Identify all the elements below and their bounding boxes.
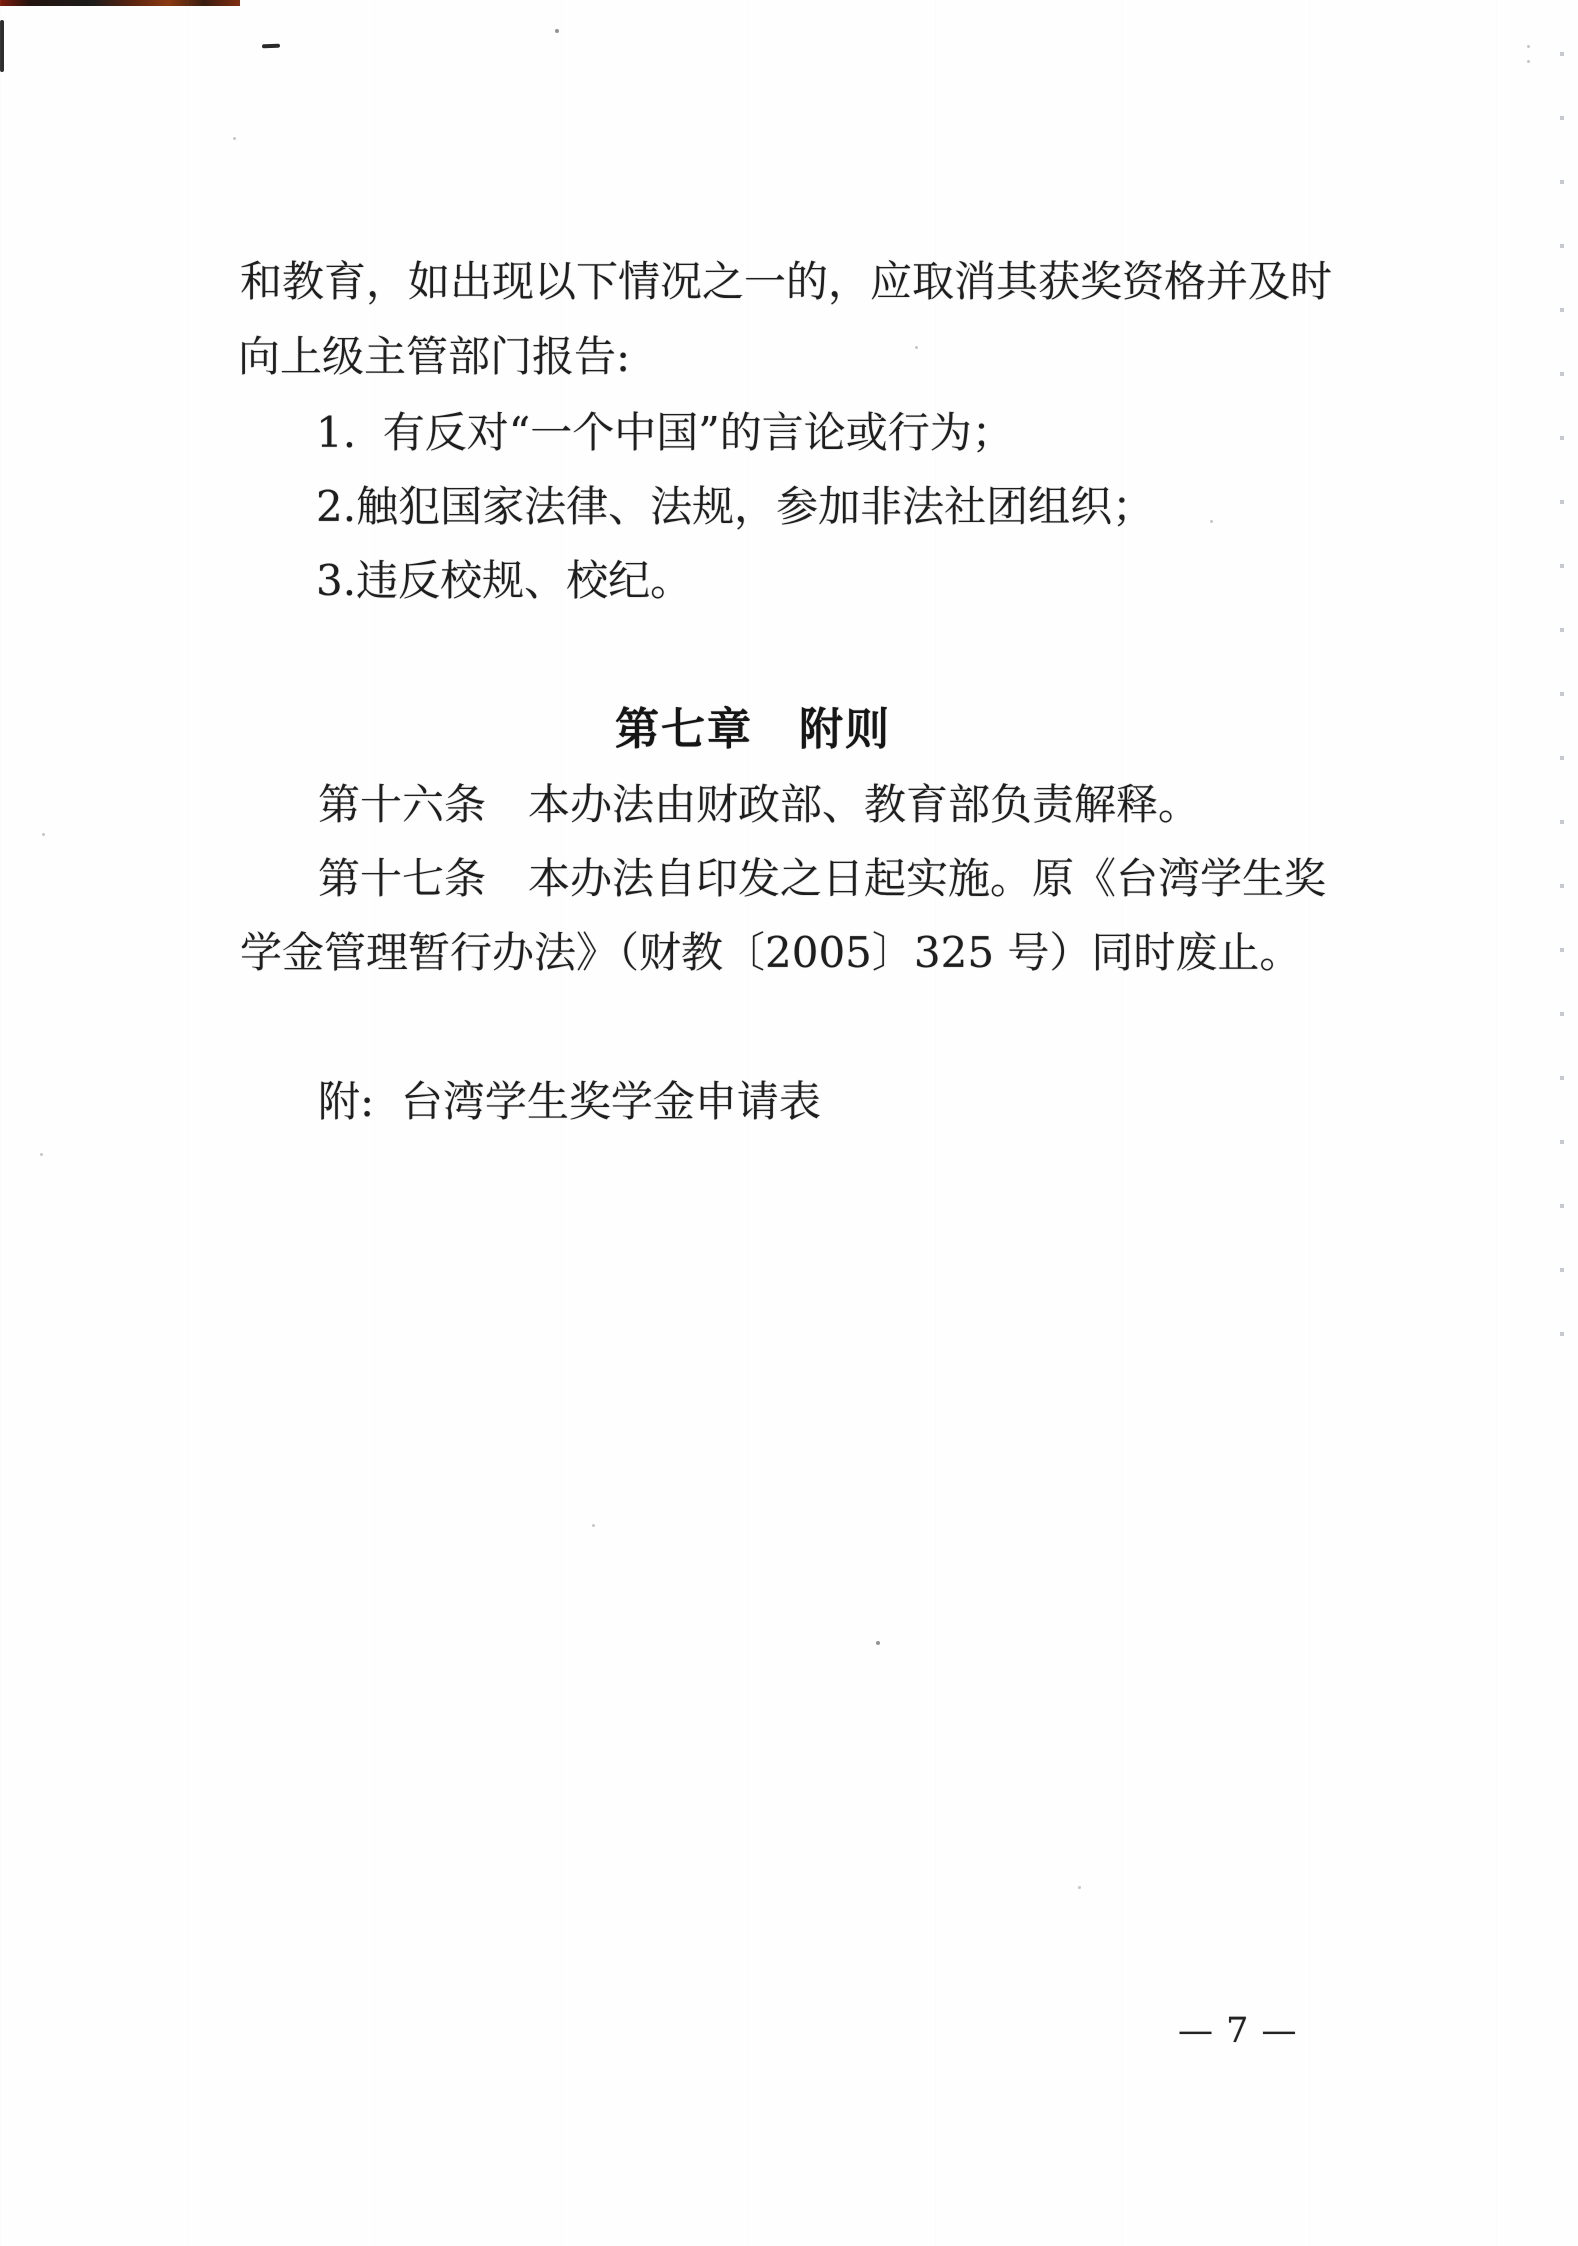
scan-speck <box>1210 520 1213 523</box>
list-item-3: 3.违反校规、校纪。 <box>316 557 692 604</box>
article-17-line-2: 学金管理暂行办法》（财教〔2005〕325 号）同时废止。 <box>240 929 1301 976</box>
scan-right-edge-dots <box>1560 52 1564 1342</box>
scan-top-edge-band <box>0 0 240 6</box>
list-item-1: 1. 有反对“一个中国”的言论或行为； <box>316 409 1014 456</box>
scan-speck <box>42 833 45 836</box>
scan-speck <box>1078 1886 1081 1889</box>
article-17-line-1: 第十七条 本办法自印发之日起实施。原《台湾学生奖 <box>318 855 1326 902</box>
scan-speck <box>555 29 559 33</box>
scan-dash-mark <box>262 44 280 49</box>
paragraph-line-1: 和教育，如出现以下情况之一的，应取消其获奖资格并及时 <box>240 258 1332 305</box>
list-item-2: 2.触犯国家法律、法规，参加非法社团组织； <box>316 483 1154 530</box>
scan-speck <box>1527 60 1530 63</box>
scan-speck <box>1527 45 1530 48</box>
page-number: — 7 — <box>1178 2012 1298 2051</box>
chapter-heading: 第七章 附则 <box>615 705 891 754</box>
attachment-note: 附: 台湾学生奖学金申请表 <box>318 1078 821 1125</box>
scan-left-edge-mark <box>0 20 4 72</box>
scanned-document-page: 和教育，如出现以下情况之一的，应取消其获奖资格并及时 向上级主管部门报告: 1.… <box>0 0 1578 2246</box>
paragraph-line-2: 向上级主管部门报告: <box>238 333 630 380</box>
scan-speck <box>915 346 918 349</box>
scan-speck <box>233 137 236 140</box>
scan-speck <box>40 1153 43 1156</box>
article-16-line: 第十六条 本办法由财政部、教育部负责解释。 <box>318 781 1200 828</box>
scan-speck <box>876 1641 880 1645</box>
scan-speck <box>592 1524 595 1527</box>
